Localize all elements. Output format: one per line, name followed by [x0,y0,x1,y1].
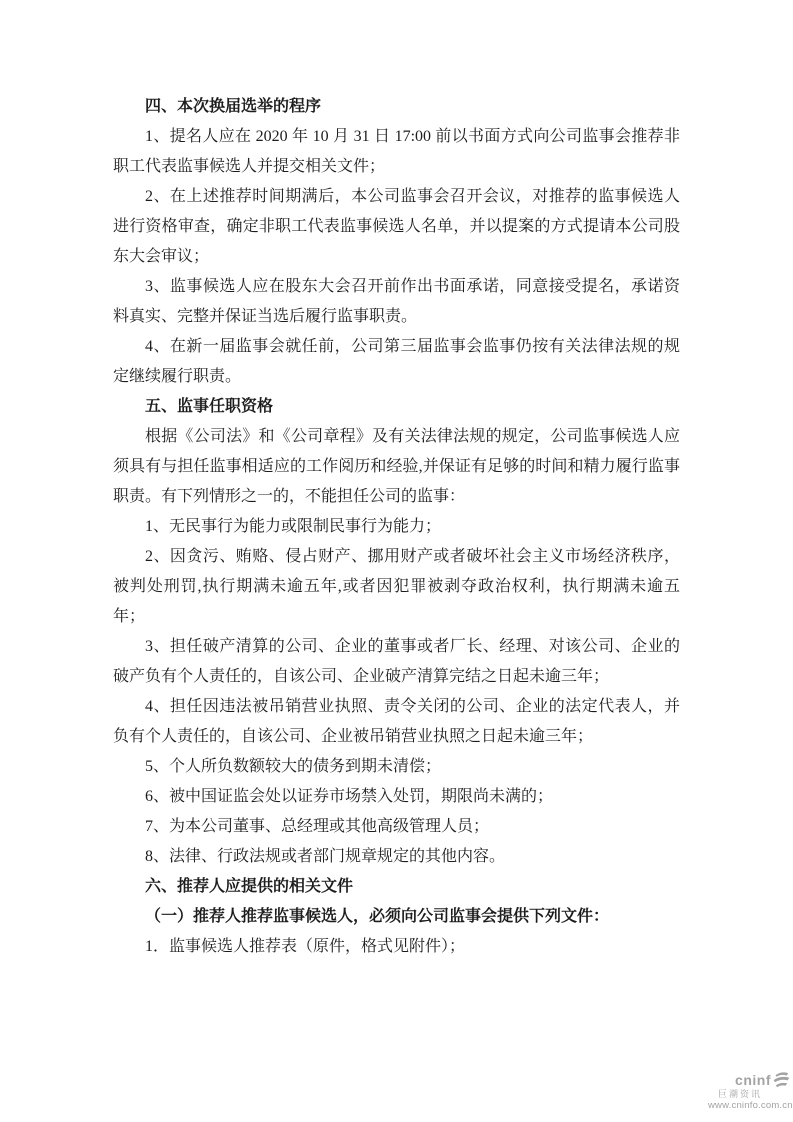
cninfo-swoosh-icon [772,1071,790,1088]
paragraph-condition-8: 8、法律、行政法规或者部门规章规定的其他内容。 [113,842,680,872]
document-body: 四、本次换届选举的程序 1、提名人应在 2020 年 10 月 31 日 17:… [113,92,680,962]
paragraph-condition-4: 4、担任因违法被吊销营业执照、责令关闭的公司、企业的法定代表人，并负有个人责任的… [113,692,680,752]
paragraph-condition-3: 3、担任破产清算的公司、企业的董事或者厂长、经理、对该公司、企业的破产负有个人责… [113,632,680,692]
paragraph-condition-7: 7、为本公司董事、总经理或其他高级管理人员； [113,812,680,842]
document-page: 四、本次换届选举的程序 1、提名人应在 2020 年 10 月 31 日 17:… [0,0,793,1122]
section-heading-6: 六、推荐人应提供的相关文件 [113,872,680,902]
cninfo-logo-row: cninf [708,1071,792,1088]
paragraph-item-2: 2、在上述推荐时间期满后，本公司监事会召开会议，对推荐的监事候选人进行资格审查，… [113,182,680,272]
paragraph-item-1: 1、提名人应在 2020 年 10 月 31 日 17:00 前以书面方式向公司… [113,122,680,182]
section-heading-5: 五、监事任职资格 [113,392,680,422]
paragraph-condition-2: 2、因贪污、贿赂、侵占财产、挪用财产或者破坏社会主义市场经济秩序，被判处刑罚,执… [113,542,680,632]
section-heading-4: 四、本次换届选举的程序 [113,92,680,122]
subsection-heading-1: （一）推荐人推荐监事候选人，必须向公司监事会提供下列文件： [113,902,680,932]
cninfo-logo: cninf 巨潮资讯 www.cninfo.com.cn [708,1071,792,1111]
paragraph-item-3: 3、监事候选人应在股东大会召开前作出书面承诺，同意接受提名，承诺资料真实、完整并… [113,272,680,332]
paragraph-condition-6: 6、被中国证监会处以证券市场禁入处罚，期限尚未满的； [113,782,680,812]
paragraph-document-list-1: 1．监事候选人推荐表（原件，格式见附件）； [113,932,680,962]
cninfo-brand-chinese: 巨潮资讯 [708,1090,792,1099]
paragraph-condition-5: 5、个人所负数额较大的债务到期未清偿； [113,752,680,782]
paragraph-item-4: 4、在新一届监事会就任前，公司第三届监事会监事仍按有关法律法规的规定继续履行职责… [113,332,680,392]
cninfo-brand-text: cninf [735,1073,771,1087]
paragraph-condition-1: 1、无民事行为能力或限制民事行为能力； [113,512,680,542]
cninfo-url: www.cninfo.com.cn [708,1101,792,1111]
paragraph-qualifications: 根据《公司法》和《公司章程》及有关法律法规的规定，公司监事候选人应须具有与担任监… [113,422,680,512]
